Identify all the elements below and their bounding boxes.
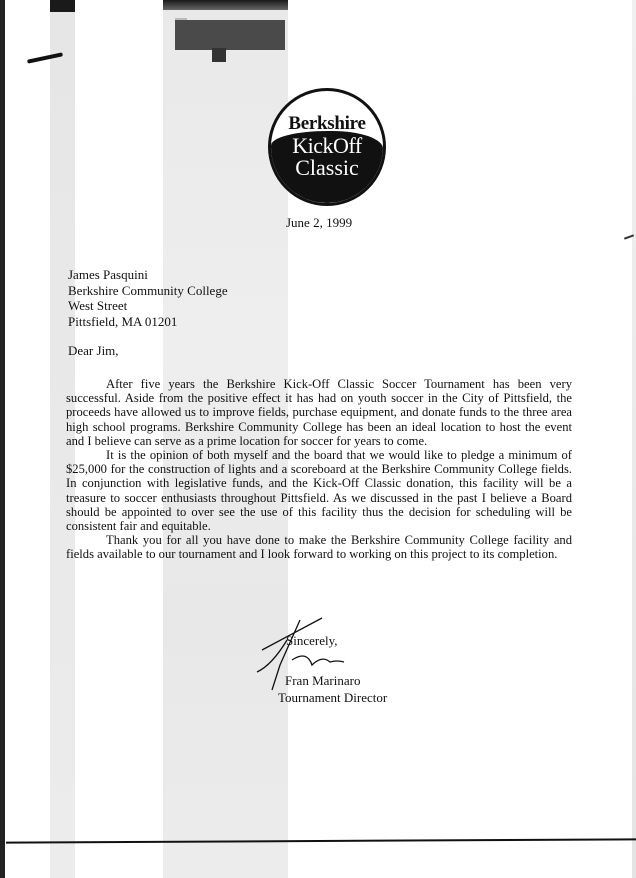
scan-left-edge: [0, 0, 5, 878]
body-paragraph: Thank you for all you have done to make …: [66, 533, 572, 561]
recipient-street: West Street: [68, 298, 228, 314]
signer-title: Tournament Director: [278, 690, 387, 706]
body-paragraph: It is the opinion of both myself and the…: [66, 448, 572, 533]
logo-text-line: Classic: [271, 155, 383, 181]
scan-artifact: [175, 20, 285, 50]
recipient-address: James Pasquini Berkshire Community Colle…: [68, 267, 228, 329]
recipient-organization: Berkshire Community College: [68, 283, 228, 299]
recipient-name: James Pasquini: [68, 267, 228, 283]
body-paragraph: After five years the Berkshire Kick-Off …: [66, 377, 572, 448]
scan-artifact: [163, 0, 288, 10]
berkshire-kickoff-classic-logo: Berkshire KickOff Classic: [268, 88, 386, 206]
recipient-city: Pittsfield, MA 01201: [68, 314, 228, 330]
bottom-rule: [6, 838, 636, 843]
scan-artifact: [212, 48, 226, 62]
salutation: Dear Jim,: [68, 343, 119, 359]
letter-body: After five years the Berkshire Kick-Off …: [66, 377, 572, 562]
closing: Sincerely,: [286, 633, 338, 649]
scan-artifact: [50, 0, 75, 12]
letter-date: June 2, 1999: [286, 215, 352, 231]
scan-right-edge: [632, 0, 636, 878]
logo-text-line: Berkshire: [271, 113, 383, 135]
signer-name: Fran Marinaro: [285, 673, 360, 689]
